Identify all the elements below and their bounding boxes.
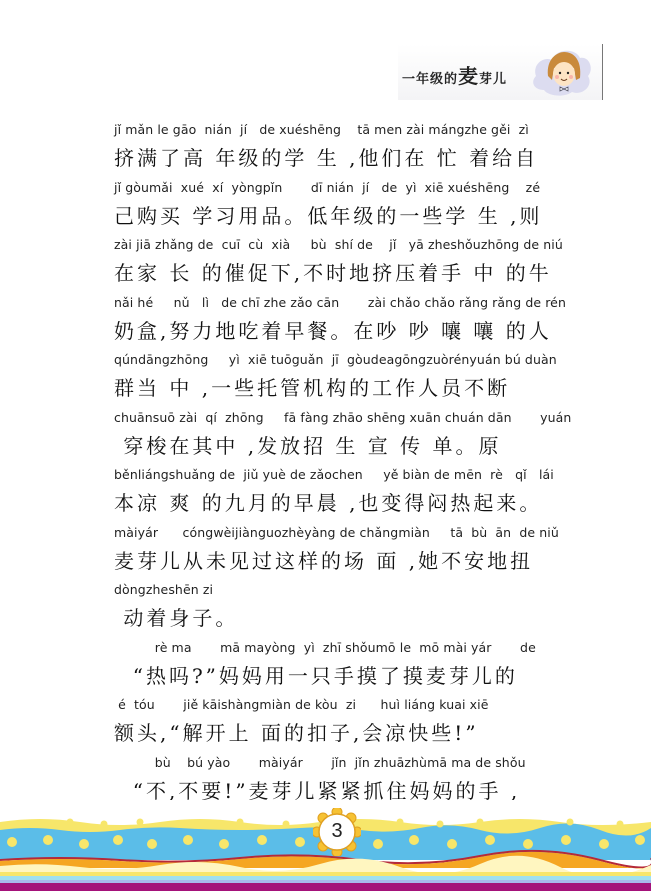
pinyin-row: dòngzheshēn zi: [114, 582, 574, 597]
book-title: 一年级的麦芽儿: [402, 60, 507, 89]
hanzi-row: 奶盒,努力地吃着早餐。在吵 吵 嚷 嚷 的人: [114, 315, 574, 344]
hanzi-row: 群当 中 ,一些托管机构的工作人员不断: [114, 372, 574, 401]
text-line: nǎi hé nǔ lì de chī zhe zǎo cān zài chǎo…: [114, 291, 574, 349]
text-line: chuānsuō zài qí zhōng fā fàng zhāo shēng…: [114, 406, 574, 464]
text-line: qúndāngzhōng yì xiē tuōguǎn jī gòudeagōn…: [114, 348, 574, 406]
hanzi-row: 本凉 爽 的九月的早晨 ,也变得闷热起来。: [114, 487, 574, 516]
pinyin-row: jǐ mǎn le gāo nián jí de xuéshēng tā men…: [114, 122, 574, 137]
pinyin-row: nǎi hé nǔ lì de chī zhe zǎo cān zài chǎo…: [114, 295, 574, 310]
hanzi-row: 额头,“解开上 面的扣子,会凉快些!”: [114, 717, 574, 746]
text-line: běnliángshuǎng de jiǔ yuè de zǎochen yě …: [114, 463, 574, 521]
pinyin-row: rè ma mā mayòng yì zhī shǒumō le mō mài …: [114, 640, 574, 655]
story-text: jǐ mǎn le gāo nián jí de xuéshēng tā men…: [114, 118, 574, 808]
text-line: jǐ gòumǎi xué xí yòngpǐn dī nián jí de y…: [114, 176, 574, 234]
pinyin-row: zài jiā zhǎng de cuī cù xià bù shí de jǐ…: [114, 237, 574, 252]
text-line: jǐ mǎn le gāo nián jí de xuéshēng tā men…: [114, 118, 574, 176]
hanzi-row: 穿梭在其中 ,发放招 生 宣 传 单。原: [114, 430, 574, 459]
pinyin-row: běnliángshuǎng de jiǔ yuè de zǎochen yě …: [114, 467, 574, 482]
page-number-badge: 3: [313, 808, 361, 856]
hanzi-row: 动着身子。: [114, 602, 574, 631]
pinyin-row: bù bú yào màiyár jǐn jǐn zhuāzhùmā ma de…: [114, 755, 574, 770]
text-line: zài jiā zhǎng de cuī cù xià bù shí de jǐ…: [114, 233, 574, 291]
pinyin-row: jǐ gòumǎi xué xí yòngpǐn dī nián jí de y…: [114, 180, 574, 195]
pinyin-row: chuānsuō zài qí zhōng fā fàng zhāo shēng…: [114, 410, 574, 425]
book-header-banner: 一年级的麦芽儿: [398, 44, 603, 100]
pinyin-row: é tóu jiě kāishàngmiàn de kòu zi huì liá…: [114, 697, 574, 712]
text-line: dòngzheshēn zi 动着身子。: [114, 578, 574, 636]
hanzi-row: 麦芽儿从未见过这样的场 面 ,她不安地扭: [114, 545, 574, 574]
hanzi-row: “热吗?”妈妈用一只手摸了摸麦芽儿的: [114, 660, 574, 689]
page-number: 3: [313, 820, 361, 843]
text-line: màiyár cóngwèijiànguozhèyàng de chǎngmià…: [114, 521, 574, 579]
hanzi-row: 在家 长 的催促下,不时地挤压着手 中 的牛: [114, 257, 574, 286]
hanzi-row: 己购买 学习用品。低年级的一些学 生 ,则: [114, 200, 574, 229]
pinyin-row: màiyár cóngwèijiànguozhèyàng de chǎngmià…: [114, 525, 574, 540]
book-title-emphasis: 麦: [458, 64, 479, 88]
pinyin-row: qúndāngzhōng yì xiē tuōguǎn jī gòudeagōn…: [114, 352, 574, 367]
text-line: é tóu jiě kāishàngmiàn de kòu zi huì liá…: [114, 693, 574, 751]
text-line: rè ma mā mayòng yì zhī shǒumō le mō mài …: [114, 636, 574, 694]
girl-illustration-icon: [530, 46, 594, 98]
hanzi-row: 挤满了高 年级的学 生 ,他们在 忙 着给自: [114, 142, 574, 171]
